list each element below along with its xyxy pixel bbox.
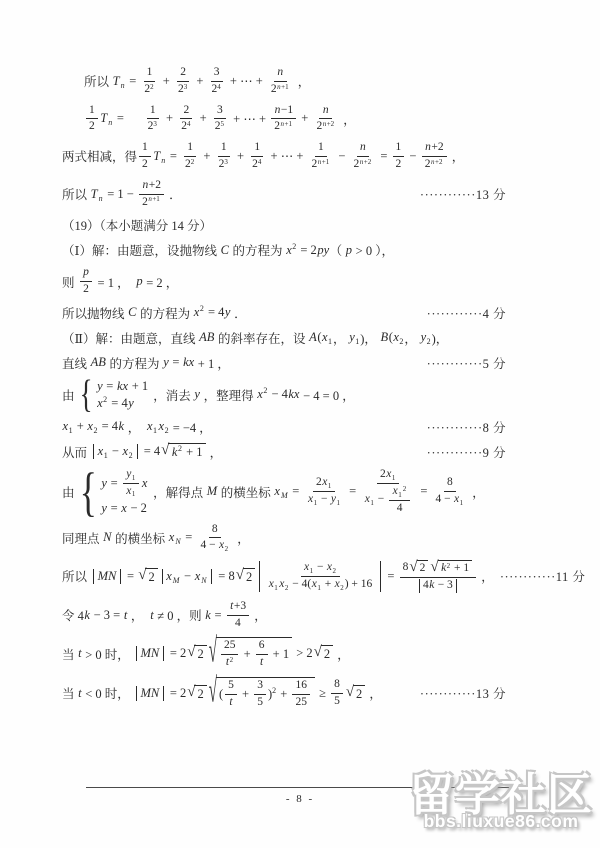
math-text: 2 bbox=[197, 687, 203, 702]
math-text: ，消去 bbox=[150, 386, 194, 404]
superscript: 3 bbox=[184, 83, 188, 91]
solution-line: 两式相减，得12Tn = 122 + 123 + 124 + ⋯ + 12n+1… bbox=[62, 141, 506, 172]
fraction-denominator: 2n+1 bbox=[309, 157, 334, 172]
math-text: 2 bbox=[403, 485, 407, 493]
math-text: = bbox=[384, 569, 397, 584]
fraction-denominator: t bbox=[257, 655, 267, 670]
math-text: 8 bbox=[403, 561, 409, 575]
math-text: ， bbox=[366, 684, 382, 702]
square-root: √(5t + 35)2 + 1625 bbox=[209, 677, 315, 710]
fraction-denominator: 23 bbox=[145, 119, 161, 134]
absolute-value: x1 − x2x1x2 − 4(x1 + x2) + 16 bbox=[259, 561, 381, 592]
math-text: +2 bbox=[364, 158, 371, 166]
math-text: − bbox=[318, 493, 330, 507]
math-text: + bbox=[196, 111, 209, 126]
absolute-value: MN bbox=[136, 686, 164, 701]
solution-line: （Ⅰ）解：由题意，设抛物线 C 的方程为 x2 = 2py（ p > 0 ）， bbox=[62, 241, 506, 259]
math-text: 1 bbox=[398, 491, 402, 499]
sqrt-content: 2 bbox=[321, 645, 333, 662]
math-text: +2 bbox=[149, 179, 161, 193]
math-text: 3 bbox=[224, 158, 228, 166]
subscript: 1 bbox=[328, 482, 332, 490]
math-text: = 4 bbox=[141, 444, 161, 459]
superscript: 2 bbox=[403, 485, 407, 493]
math-variable: p bbox=[83, 266, 90, 280]
score-marker: ············8 分 bbox=[421, 418, 506, 436]
subscript: 1 bbox=[392, 474, 396, 482]
subscript: 2 bbox=[399, 337, 403, 346]
score-marker: ············13 分 bbox=[414, 684, 506, 702]
math-text: + bbox=[277, 687, 290, 702]
math-text: ) + 16 bbox=[345, 578, 373, 592]
system-row: x2 = 4y bbox=[97, 396, 135, 411]
square-root: √25t2 + 6t + 1 bbox=[209, 637, 292, 670]
math-text: = bbox=[377, 149, 390, 164]
fraction: 122 bbox=[141, 66, 157, 97]
system-row: y = x − 2 bbox=[101, 501, 147, 516]
math-text: + bbox=[160, 74, 173, 89]
math-text: 1 bbox=[336, 499, 340, 507]
fraction: 6t bbox=[256, 639, 268, 670]
math-text: ，整理得 bbox=[200, 386, 256, 404]
fraction-denominator: 24 bbox=[209, 82, 225, 97]
fraction-numerator: x1 − x2 bbox=[301, 561, 340, 577]
math-text: − 2 bbox=[127, 501, 147, 516]
solution-line: （Ⅱ）解：由题意，直线 AB 的斜率存在，设 A(x1， y1)， B(x2， … bbox=[62, 329, 506, 347]
math-text: 4 bbox=[235, 617, 241, 631]
radical-icon: √ bbox=[187, 645, 195, 660]
math-text: 两式相减，得 bbox=[62, 147, 137, 165]
fraction: 85 bbox=[331, 678, 343, 709]
fraction: 84 − x2 bbox=[197, 523, 232, 554]
sqrt-content: (5t + 35)2 + 1625 bbox=[216, 677, 315, 710]
math-text: − 4( bbox=[289, 578, 311, 592]
fraction-numerator: 16 bbox=[292, 679, 310, 695]
fraction: 123 bbox=[145, 104, 161, 135]
square-root: √k2 + 1 bbox=[430, 560, 472, 576]
math-text: > 0 时， bbox=[82, 645, 133, 663]
math-variable: n bbox=[322, 104, 329, 118]
math-text: = 4 bbox=[108, 396, 128, 411]
subscript: 1 bbox=[153, 426, 157, 435]
math-text: 的方程为 bbox=[229, 241, 285, 259]
fraction: p2 bbox=[80, 266, 93, 297]
fraction-numerator: x12 bbox=[389, 485, 410, 501]
math-text: − 3 bbox=[435, 579, 453, 593]
math-variable: M bbox=[206, 484, 217, 499]
math-text: > 2 bbox=[293, 646, 313, 661]
fraction-numerator: 2x1 bbox=[313, 476, 335, 492]
math-text: ， bbox=[295, 72, 311, 90]
solution-line: 12Tn = 123 + 224 + 325 + ⋯ + n−12n+1 + n… bbox=[62, 104, 506, 135]
fraction-numerator: 1 bbox=[139, 141, 151, 157]
math-text: = bbox=[211, 608, 224, 623]
math-variable: n bbox=[108, 118, 113, 127]
fraction: x124 bbox=[389, 485, 410, 516]
fraction-denominator: x1x2 − 4(x1 + x2) + 16 bbox=[265, 577, 375, 592]
math-text: ， bbox=[478, 567, 494, 585]
fraction-numerator: 8 bbox=[209, 523, 221, 539]
math-text: ， bbox=[251, 606, 267, 624]
math-text: 25 bbox=[295, 696, 307, 710]
math-text: 的横坐标 bbox=[218, 483, 274, 501]
math-text: 1 bbox=[142, 141, 148, 155]
fraction-numerator: 2x1 bbox=[377, 468, 399, 484]
system-rows: y = y1x1xy = x − 2 bbox=[101, 468, 148, 516]
fraction: n−12n+1 bbox=[271, 104, 296, 135]
absolute-value: 4k − 3 bbox=[419, 579, 457, 593]
math-text: 1 bbox=[318, 141, 324, 155]
fraction-denominator: x1 bbox=[123, 484, 140, 499]
math-text: 令 4 bbox=[62, 606, 84, 624]
math-variable: N bbox=[201, 576, 207, 585]
fraction-denominator: 23 bbox=[175, 82, 191, 97]
fraction: 324 bbox=[209, 66, 225, 97]
math-text: − bbox=[314, 561, 326, 575]
math-text: 4 bbox=[187, 120, 191, 128]
math-text: 3 bbox=[153, 120, 157, 128]
math-text: = bbox=[107, 501, 120, 516]
fraction: 2x1x1 − y1 bbox=[304, 476, 343, 507]
math-variable: B bbox=[380, 330, 389, 345]
system-row: y = y1x1x bbox=[101, 468, 148, 499]
math-text: 2 bbox=[183, 104, 189, 118]
superscript: 5 bbox=[221, 120, 225, 128]
math-text: 5 bbox=[221, 120, 225, 128]
math-text: 1 bbox=[132, 490, 136, 498]
subscript: 2 bbox=[340, 584, 344, 592]
math-variable: MN bbox=[140, 686, 160, 701]
equation-system: {y = y1x1xy = x − 2 bbox=[80, 468, 148, 516]
math-text: 2 bbox=[93, 426, 97, 435]
math-text: ， bbox=[125, 418, 147, 436]
math-text: + 1 bbox=[270, 647, 290, 662]
math-text: +2 bbox=[431, 141, 443, 155]
fraction: n+22n+2 bbox=[422, 141, 447, 172]
fraction: 224 bbox=[178, 104, 194, 135]
superscript: n+2 bbox=[431, 158, 443, 166]
fraction-denominator: 2 bbox=[80, 282, 92, 297]
fraction: 124 bbox=[249, 141, 265, 172]
fraction-denominator: 2n+1 bbox=[139, 195, 164, 210]
math-variable: kx bbox=[116, 379, 128, 394]
fraction-numerator: 8√2√k2 + 1 bbox=[400, 560, 477, 578]
subscript: 1 bbox=[460, 499, 464, 507]
radical-icon: √ bbox=[236, 568, 244, 583]
math-text: ， bbox=[404, 329, 420, 347]
math-text: − 4 bbox=[268, 387, 288, 402]
math-text: 4 − bbox=[200, 539, 218, 553]
fraction-numerator: p bbox=[80, 266, 93, 282]
subscript: N bbox=[201, 576, 207, 585]
fraction-numerator: 1 bbox=[184, 141, 196, 157]
math-text: 1 bbox=[153, 426, 157, 435]
subscript: 1 bbox=[398, 491, 402, 499]
subscript: 1 bbox=[328, 337, 332, 346]
radical-icon: √ bbox=[430, 560, 438, 575]
fraction-denominator: 24 bbox=[249, 157, 265, 172]
math-text: 1 bbox=[89, 104, 95, 118]
solution-line: 所以 Tn = 122 + 223 + 324 + ⋯ + n2n+1 ， bbox=[62, 66, 506, 97]
math-text: ， bbox=[449, 147, 465, 165]
math-variable: M bbox=[172, 576, 180, 585]
math-text: 2 bbox=[191, 158, 195, 166]
math-text: + ⋯ + bbox=[227, 73, 266, 89]
math-text: +3 bbox=[234, 600, 246, 614]
math-variable: T bbox=[100, 111, 108, 126]
superscript: n+1 bbox=[280, 120, 292, 128]
solution-line: 从而 x1 − x2 = 4√k2 + 1 ，············9 分 bbox=[62, 443, 506, 461]
math-text: = bbox=[167, 149, 180, 164]
subscript: 1 bbox=[310, 567, 314, 575]
subscript: 1 bbox=[314, 499, 318, 507]
math-text: ． bbox=[231, 304, 247, 322]
math-text: 2 bbox=[285, 584, 289, 592]
math-text: （19）（本小题满分 14 分） bbox=[62, 216, 212, 234]
math-text: ， bbox=[128, 606, 150, 624]
superscript: 2 bbox=[263, 386, 267, 395]
math-text: 2 bbox=[246, 570, 252, 585]
solution-line: 所以抛物线 C 的方程为 x2 = 4y ．············4 分 bbox=[62, 304, 506, 322]
math-text: 1 bbox=[328, 482, 332, 490]
math-text: 的斜率存在，设 bbox=[215, 329, 309, 347]
fraction-denominator: t2 bbox=[222, 655, 237, 670]
superscript: 2 bbox=[178, 444, 182, 453]
solution-line: 当 t < 0 时， MN = 2√2√(5t + 35)2 + 1625 ≥ … bbox=[62, 677, 506, 710]
math-text: （Ⅰ）解：由题意，设抛物线 bbox=[62, 241, 220, 259]
fraction-numerator: 1 bbox=[218, 141, 230, 157]
math-variable: n bbox=[98, 194, 103, 203]
math-text: = bbox=[124, 569, 137, 584]
math-text: 3 bbox=[217, 104, 223, 118]
math-text: 直线 bbox=[62, 354, 90, 372]
solution-body: 所以 Tn = 122 + 223 + 324 + ⋯ + n2n+1 ，12T… bbox=[62, 66, 506, 717]
fraction-denominator: 2 bbox=[139, 157, 151, 172]
fraction-numerator: n bbox=[274, 66, 287, 82]
math-text: + 1 ， bbox=[195, 354, 230, 372]
fraction-denominator: 25 bbox=[292, 695, 310, 710]
math-text: + bbox=[239, 687, 252, 702]
square-root: √2 bbox=[346, 685, 365, 702]
math-variable: A bbox=[309, 330, 318, 345]
radical-icon: √ bbox=[314, 645, 322, 660]
radical-icon: √ bbox=[346, 685, 354, 700]
fraction: 223 bbox=[175, 66, 191, 97]
fraction: 35 bbox=[254, 679, 266, 710]
fraction-denominator: x1 − y1 bbox=[304, 492, 343, 507]
math-text: ， bbox=[333, 329, 349, 347]
solution-line: 同理点 N 的横坐标 xN = 84 − x2 ， bbox=[62, 523, 506, 554]
subscript: 2 bbox=[427, 337, 431, 346]
math-text: 2 bbox=[272, 686, 276, 695]
math-text: +1 bbox=[322, 158, 329, 166]
superscript: 3 bbox=[153, 120, 157, 128]
math-text: − bbox=[406, 149, 419, 164]
math-text: 1 bbox=[370, 499, 374, 507]
math-variable: MN bbox=[97, 569, 117, 584]
subscript: M bbox=[172, 576, 180, 585]
math-text: − 4 = 0 ， bbox=[300, 386, 355, 404]
absolute-value: xM − xN bbox=[162, 569, 212, 584]
subscript: 1 bbox=[132, 490, 136, 498]
math-text: ，解得点 bbox=[150, 483, 206, 501]
math-variable: T bbox=[153, 149, 161, 164]
watermark-site-url: bbs.liuxue86.com bbox=[405, 811, 597, 832]
math-text: 1 bbox=[460, 499, 464, 507]
math-text: 1 bbox=[147, 66, 153, 80]
fraction-denominator: 2n+2 bbox=[422, 157, 447, 172]
square-root: √2 bbox=[187, 685, 206, 702]
solution-line: 所以 Tn = 1 − n+22n+1 ．············13 分 bbox=[62, 179, 506, 210]
math-text: = bbox=[107, 476, 120, 491]
math-text: −1 bbox=[281, 104, 293, 118]
math-text: 25 bbox=[224, 639, 236, 653]
subscript: n bbox=[98, 194, 103, 203]
math-text: 1 bbox=[314, 499, 318, 507]
subscript: M bbox=[280, 491, 288, 500]
math-text: 当 bbox=[62, 645, 78, 663]
math-text: = 2 bbox=[167, 686, 187, 701]
math-text: + bbox=[298, 111, 311, 126]
math-text: 由 bbox=[62, 483, 78, 501]
math-variable: N bbox=[103, 530, 112, 545]
math-text: + bbox=[200, 149, 213, 164]
math-text: − bbox=[109, 444, 122, 459]
math-text: 2 bbox=[197, 647, 203, 662]
math-text: ， bbox=[207, 443, 223, 461]
math-text: 5 bbox=[334, 695, 340, 709]
fraction: 12n+1 bbox=[309, 141, 334, 172]
math-text: = 1 ， bbox=[94, 273, 135, 291]
math-variable: t bbox=[229, 696, 233, 710]
fraction-denominator: 2n+2 bbox=[313, 119, 338, 134]
math-text: 1 bbox=[104, 451, 108, 460]
subscript: 1 bbox=[336, 499, 340, 507]
math-text: 16 bbox=[295, 679, 307, 693]
math-variable: n bbox=[360, 141, 367, 155]
math-text: 的方程为 bbox=[137, 304, 193, 322]
math-variable: n bbox=[142, 179, 149, 193]
fraction: 25t2 bbox=[221, 639, 239, 670]
fraction: 123 bbox=[216, 141, 232, 172]
math-text: 1 bbox=[221, 141, 227, 155]
subscript: n bbox=[161, 156, 166, 165]
math-text: + 1 bbox=[183, 445, 203, 460]
math-text: = 2 bbox=[167, 646, 187, 661]
math-text: 2 bbox=[396, 158, 402, 172]
math-text: 2 bbox=[447, 562, 451, 570]
subscript: 1 bbox=[69, 426, 73, 435]
math-variable: T bbox=[112, 74, 120, 89]
math-text: 所以 bbox=[62, 567, 90, 585]
fraction-numerator: 1 bbox=[393, 141, 405, 157]
math-text: +1 bbox=[281, 83, 288, 91]
math-text: 8 bbox=[212, 523, 218, 537]
math-text: = 8 bbox=[215, 569, 235, 584]
fraction-denominator: 23 bbox=[216, 157, 232, 172]
math-text: + bbox=[234, 149, 247, 164]
math-text: 1 bbox=[328, 337, 332, 346]
subscript: 2 bbox=[129, 451, 133, 460]
fraction-numerator: n bbox=[319, 104, 332, 120]
math-text: 2 bbox=[324, 647, 330, 662]
superscript: n+1 bbox=[277, 83, 289, 91]
math-text: ， bbox=[340, 110, 356, 128]
math-variable: AB bbox=[199, 330, 215, 345]
math-text: 1 bbox=[132, 474, 136, 482]
math-text: 1 bbox=[187, 141, 193, 155]
math-text: 从而 bbox=[62, 443, 90, 461]
math-text: 1 bbox=[150, 104, 156, 118]
document-page: 所以 Tn = 122 + 223 + 324 + ⋯ + n2n+1 ，12T… bbox=[0, 0, 600, 848]
fraction-denominator: 2n+1 bbox=[271, 119, 296, 134]
math-text: 2 bbox=[399, 337, 403, 346]
fraction: n2n+1 bbox=[268, 66, 293, 97]
subscript: N bbox=[175, 537, 181, 546]
fraction-denominator: 5 bbox=[331, 694, 343, 709]
math-text: 1 bbox=[355, 337, 359, 346]
subscript: 2 bbox=[285, 584, 289, 592]
math-text: 2 bbox=[230, 656, 234, 664]
sqrt-content: 25t2 + 6t + 1 bbox=[216, 637, 292, 670]
fraction: 325 bbox=[212, 104, 228, 135]
score-marker: ············9 分 bbox=[421, 443, 506, 461]
math-text: < 0 时， bbox=[82, 684, 133, 702]
subscript: n bbox=[120, 81, 125, 90]
subscript: 1 bbox=[104, 451, 108, 460]
system-row: y = kx + 1 bbox=[97, 379, 149, 394]
absolute-value: x1 − x2 bbox=[93, 444, 137, 459]
math-text: 1 bbox=[310, 567, 314, 575]
fraction-denominator: 4k − 3 bbox=[413, 578, 463, 593]
solution-line: 直线 AB 的方程为 y = kx + 1 ，············5 分 bbox=[62, 354, 506, 372]
math-text: 2 bbox=[129, 451, 133, 460]
fraction-denominator: 24 bbox=[178, 119, 194, 134]
solution-line: 则 p2 = 1 ， p = 2 ， bbox=[62, 266, 506, 297]
math-text: = bbox=[114, 111, 143, 126]
math-text: 2 bbox=[427, 337, 431, 346]
math-text: 4 bbox=[258, 158, 262, 166]
math-variable: y bbox=[128, 396, 135, 411]
fraction-numerator: n bbox=[357, 141, 370, 157]
math-text: 2 bbox=[148, 570, 154, 585]
math-variable: N bbox=[175, 537, 181, 546]
subscript: 2 bbox=[332, 567, 336, 575]
fraction-denominator: t bbox=[226, 695, 236, 710]
superscript: n+2 bbox=[359, 158, 371, 166]
math-text: = 1 − bbox=[104, 187, 137, 202]
math-text: （ bbox=[330, 241, 346, 259]
subscript: 1 bbox=[317, 584, 321, 592]
subscript: n bbox=[108, 118, 113, 127]
math-text: = bbox=[417, 484, 430, 499]
radical-icon: √ bbox=[187, 685, 195, 700]
solution-line: 由 {y = kx + 1x2 = 4y ，消去 y ，整理得 x2 − 4kx… bbox=[62, 379, 506, 411]
fraction: n2n+2 bbox=[313, 104, 338, 135]
fraction: n2n+2 bbox=[351, 141, 376, 172]
solution-line: x1 + x2 = 4k ， x1x2 = −4 ，············8 … bbox=[62, 418, 506, 436]
math-variable: n bbox=[277, 66, 284, 80]
math-text: 4 bbox=[397, 502, 403, 516]
math-variable: py bbox=[317, 243, 330, 258]
math-text: 3 bbox=[214, 66, 220, 80]
math-text: 3 bbox=[257, 679, 263, 693]
math-variable: t bbox=[260, 656, 264, 670]
math-text: ， bbox=[334, 645, 350, 663]
left-brace-icon: { bbox=[80, 375, 93, 414]
math-variable: T bbox=[90, 187, 98, 202]
subscript: 2 bbox=[225, 545, 229, 553]
